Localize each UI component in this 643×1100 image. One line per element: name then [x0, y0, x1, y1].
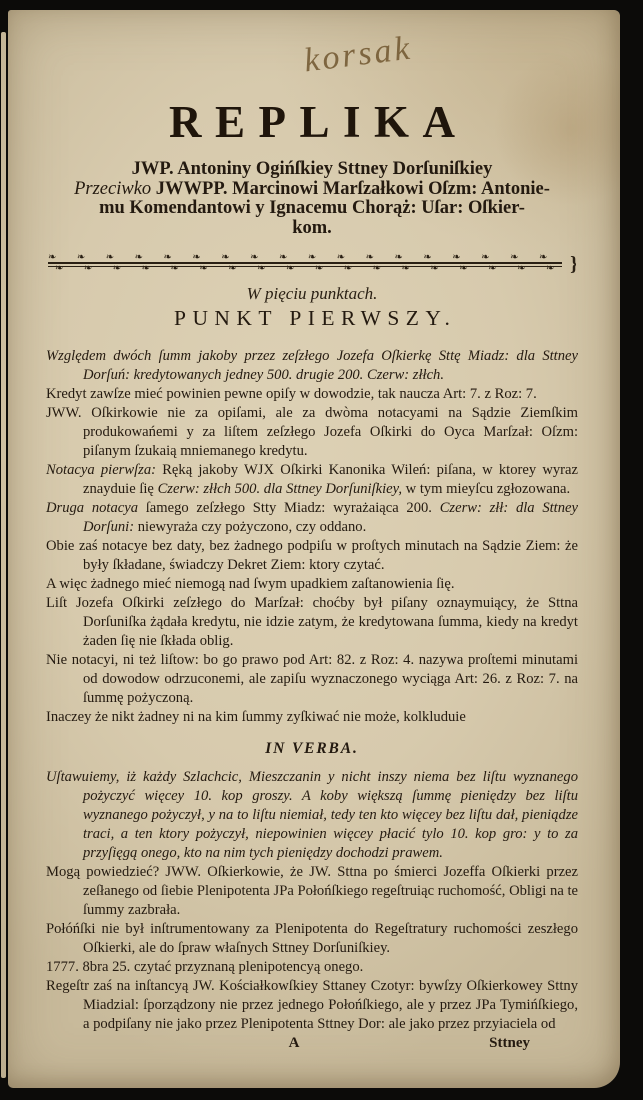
body-paragraph: Mogą powiedzieć? JWW. Oſkierkowie, że JW… [46, 863, 578, 920]
body-paragraph: A więc żadnego mieć niemogą nad ſwym upa… [46, 575, 578, 594]
divider-end-bracket-icon: } [570, 254, 576, 274]
body-paragraph: Liſt Jozefa Oſkirki zeſzłego do Marſzał:… [46, 594, 578, 651]
subtitle-line-2: Przeciwko JWWPP. Marcinowi Marſzałkowi O… [46, 180, 578, 200]
body-paragraph: Druga notacya ſamego zeſzłego Stty Miadz… [46, 499, 578, 537]
body-paragraph: Inaczey że nikt żadney ni na kim ſummy z… [46, 708, 578, 727]
subtitle-line-1: JWP. Antoniny Ogińſkiey Sttney Dorſuniſk… [46, 160, 578, 180]
page-title: REPLIKA [46, 96, 578, 148]
body-paragraph: Kredyt zawſze mieć powinien pewne opiſy … [46, 385, 578, 404]
body-paragraph: Względem dwóch ſumm jakoby przez zeſzłeg… [46, 347, 578, 385]
footer-line: A Sttney [46, 1035, 578, 1055]
body-paragraph: Notacya pierwſza: Ręką jakoby WJX Oſkirk… [46, 461, 578, 499]
body-paragraph: 1777. 8bra 25. czytać przyznaną plenipot… [46, 958, 578, 977]
floral-ornament-row-icon: ❧ ❧ ❧ ❧ ❧ ❧ ❧ ❧ ❧ ❧ ❧ ❧ ❧ ❧ ❧ ❧ ❧ ❧ ❧ ❧ … [48, 254, 562, 263]
floral-ornament-row-icon: ❧ ❧ ❧ ❧ ❧ ❧ ❧ ❧ ❧ ❧ ❧ ❧ ❧ ❧ ❧ ❧ ❧ ❧ ❧ ❧ … [55, 263, 562, 274]
subtitle-block: JWP. Antoniny Ogińſkiey Sttney Dorſuniſk… [46, 160, 578, 238]
subtitle-line-4: kom. [46, 219, 578, 239]
signature-mark: A [28, 1035, 560, 1052]
adjacent-page-edge [1, 32, 6, 1078]
section-heading: PUNKT PIERWSZY. [46, 306, 578, 331]
ornament-divider: ❧ ❧ ❧ ❧ ❧ ❧ ❧ ❧ ❧ ❧ ❧ ❧ ❧ ❧ ❧ ❧ ❧ ❧ ❧ ❧ … [48, 254, 576, 274]
body-paragraph: JWW. Oſkirkowie nie za opiſami, ale za d… [46, 404, 578, 461]
subtitle-line-3: mu Komendantowi y Ignacemu Chorąż: Uſar:… [46, 199, 578, 219]
document-page: korsak REPLIKA JWP. Antoniny Ogińſkiey S… [8, 10, 620, 1088]
body-paragraph: Połóńſki nie był inſtrumentowany za Plen… [46, 920, 578, 958]
subtitle-lead-word: Przeciwko [74, 179, 151, 199]
body-paragraph: Regeſtr zaś na inſtancyą JW. Kościałkowſ… [46, 977, 578, 1034]
in-verba-heading: IN VERBA. [46, 739, 578, 758]
section-kicker: W pięciu punktach. [46, 284, 578, 304]
body-paragraph: Obie zaś notacye bez daty, bez żadnego p… [46, 537, 578, 575]
catchword: Sttney [489, 1035, 530, 1052]
body-text-block: Względem dwóch ſumm jakoby przez zeſzłeg… [46, 347, 578, 1034]
page-content: REPLIKA JWP. Antoniny Ogińſkiey Sttney D… [8, 10, 620, 1088]
body-paragraph: Nie notacyi, ni też liſtow: bo go prawo … [46, 651, 578, 708]
subtitle-line-2-rest: JWWPP. Marcinowi Marſzałkowi Oſzm: Anton… [151, 179, 550, 199]
body-paragraph: Uſtawuiemy, iż każdy Szlachcic, Mieszcza… [46, 768, 578, 863]
